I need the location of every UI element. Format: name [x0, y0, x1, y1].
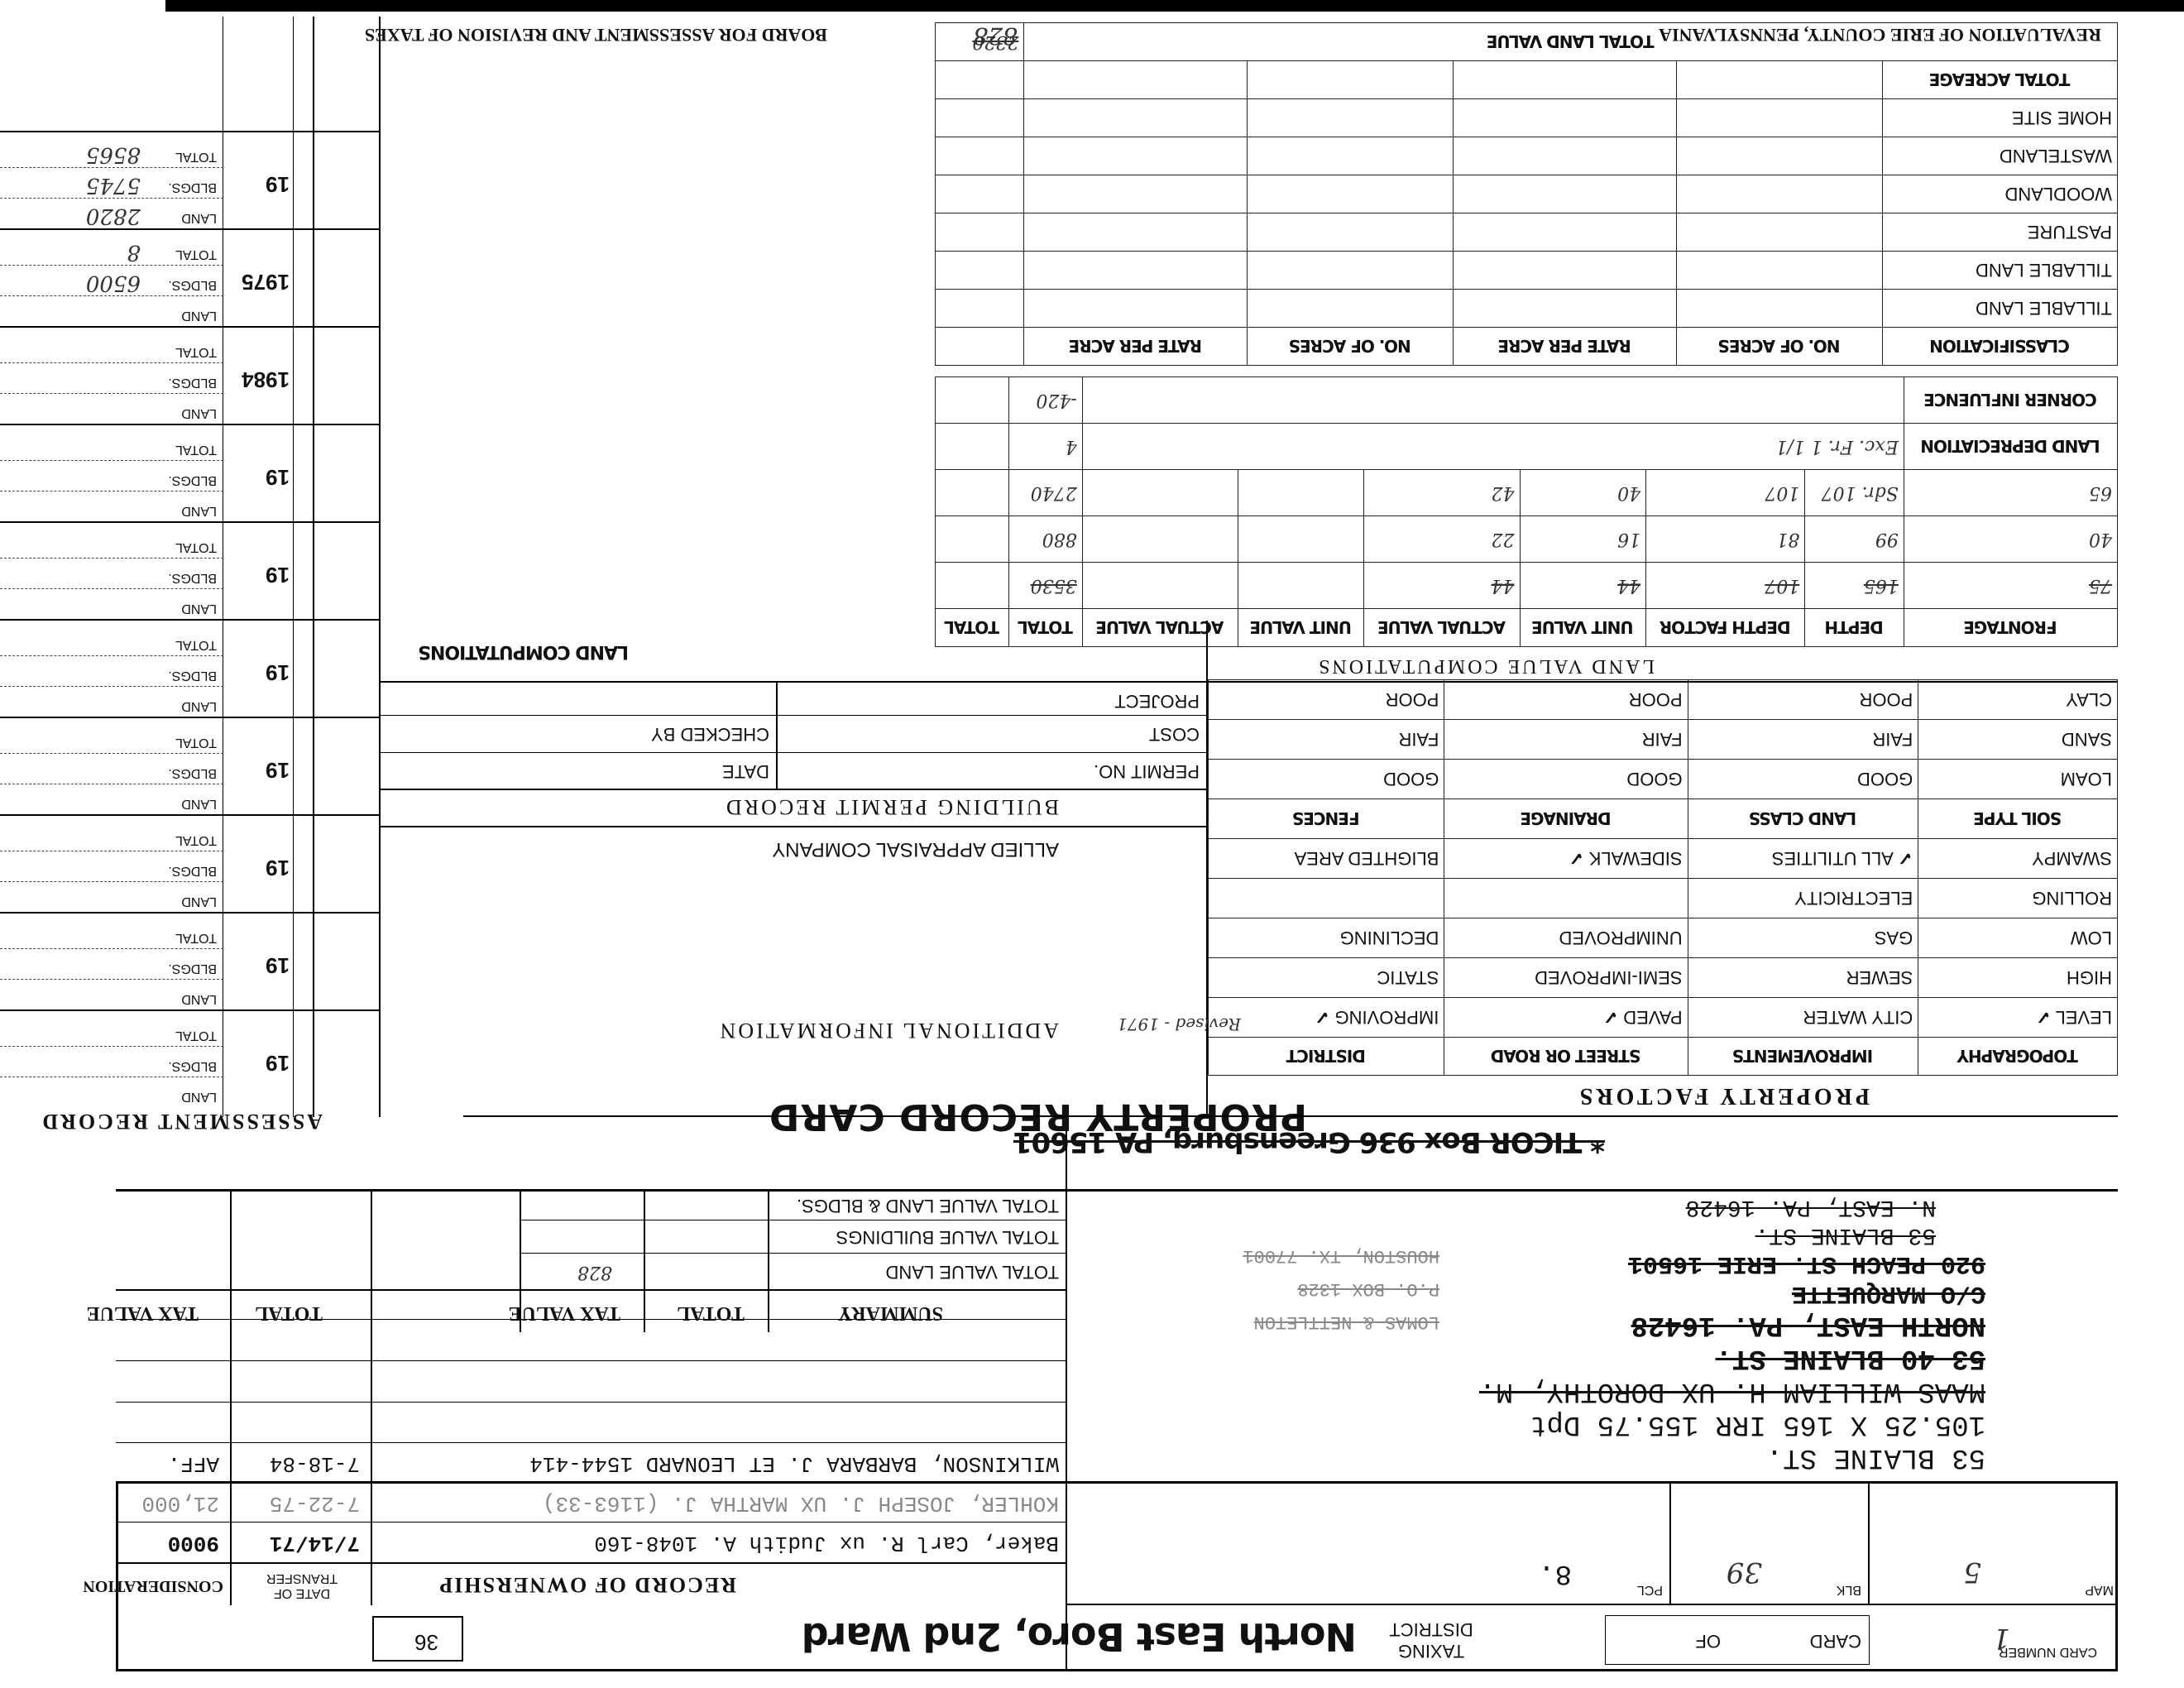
depreciation-total: 4: [1008, 424, 1082, 470]
acreage-row-label: TILLABLE LAND: [1882, 252, 2117, 290]
land-row: 75 165 107 44 44 3530: [936, 563, 2118, 609]
col-topography: TOPOGRAPHY: [1918, 1038, 2118, 1076]
rating-cell[interactable]: GOOD: [1688, 760, 1918, 799]
soil-cell[interactable]: LOAM: [1918, 760, 2118, 799]
assessment-bldgs-label: BLDGS.: [168, 570, 217, 585]
assessment-bldgs-label: BLDGS.: [168, 1058, 217, 1073]
assessment-record-title: ASSESSMENT RECORD: [40, 1109, 323, 1134]
assessment-land-label: LAND: [181, 1089, 217, 1104]
property-dimensions: 105.25 X 165 IRR 155.75 Dpt: [1530, 1408, 1985, 1440]
rating-cell[interactable]: FAIR: [1688, 720, 1918, 760]
acreage-row-label: WASTELAND: [1882, 137, 2117, 175]
factor-cell[interactable]: UNIMPROVED: [1444, 918, 1688, 958]
assessment-year: 19: [266, 464, 290, 490]
mail-line: 53 BLAINE ST.: [1755, 1222, 1936, 1248]
cost-label: COST: [1149, 723, 1200, 745]
assessment-total-label: TOTAL: [175, 539, 217, 554]
depth: 165: [1805, 563, 1904, 609]
of-label: OF: [1695, 1630, 1721, 1652]
factor-cell[interactable]: SEWER: [1688, 958, 1918, 998]
date-transfer-header: DATE OF TRANSFER: [240, 1571, 364, 1600]
land-depreciation-label: LAND DEPRECIATION: [1904, 424, 2117, 470]
summary-total-header: TOTAL: [677, 1302, 745, 1324]
mail-line: 53 40 BLAINE ST.: [1716, 1342, 1985, 1374]
consideration-value: AFF.: [168, 1451, 219, 1476]
assessment-bldgs-label: BLDGS.: [168, 472, 217, 487]
assessment-year: 1975: [242, 269, 290, 295]
assessment-total-label: TOTAL: [175, 1028, 217, 1043]
factor-cell[interactable]: SEMI-IMPROVED: [1444, 958, 1688, 998]
land-computations-title: LAND COMPUTATIONS: [419, 641, 629, 662]
factor-cell[interactable]: [1209, 879, 1444, 918]
acreage-table: CLASSIFICATION NO. OF ACRES RATE PER ACR…: [935, 22, 2118, 366]
mail-line: NORTH EAST, PA. 16428: [1631, 1309, 1985, 1340]
col-classification: CLASSIFICATION: [1882, 328, 2117, 366]
col-fences: FENCES: [1209, 799, 1444, 839]
additional-info-title: ADDITIONAL INFORMATION: [718, 1018, 1059, 1043]
factor-cell[interactable]: STATIC: [1209, 958, 1444, 998]
summary-row-label: TOTAL VALUE LAND & BLDGS.: [797, 1195, 1059, 1216]
unit-value: 16: [1520, 516, 1646, 563]
summary-right-tax: TAX VALUE: [87, 1302, 199, 1324]
assessment-total-label: TOTAL: [175, 930, 217, 945]
property-factors-title: PROPERTY FACTORS: [1577, 1082, 1870, 1109]
actual-value: 42: [1364, 470, 1520, 516]
factor-cell[interactable]: CITY WATER: [1688, 998, 1918, 1038]
land-value-table: FRONTAGE DEPTH DEPTH FACTOR UNIT VALUE A…: [935, 376, 2118, 647]
factor-cell[interactable]: BLIGHTED AREA: [1209, 839, 1444, 879]
summary-title: SUMMARY: [838, 1302, 943, 1324]
actual-value: 22: [1364, 516, 1520, 563]
corner-influence-value: -420: [1008, 377, 1082, 424]
land-row: 65 Sdr. 107 107 40 42 2740: [936, 470, 2118, 516]
allied-company: ALLIED APPRAISAL COMPANY: [772, 837, 1059, 861]
summary-right-total: TOTAL: [255, 1302, 323, 1324]
rating-cell[interactable]: POOR: [1444, 680, 1688, 720]
transfer-date: 7/14/71: [270, 1531, 360, 1556]
rating-cell[interactable]: GOOD: [1209, 760, 1444, 799]
alt-mail-line: HOUSTON, TX. 77001: [1243, 1245, 1439, 1266]
summary-tax-header: TAX VALUE: [509, 1302, 620, 1324]
total: 2740: [1008, 470, 1082, 516]
col-unit-value-2: UNIT VALUE: [1238, 609, 1364, 647]
permit-date-label: DATE: [722, 760, 769, 782]
assessment-bldgs-label: BLDGS.: [168, 375, 217, 390]
assessment-land-label: LAND: [181, 796, 217, 811]
assessment-land-label: LAND: [181, 503, 217, 518]
col-frontage: FRONTAGE: [1904, 609, 2117, 647]
assessment-land-label: LAND: [181, 698, 217, 713]
mail-line: N. EAST, PA. 16428: [1686, 1194, 1936, 1220]
assessment-land-label: LAND: [181, 308, 217, 323]
card-number-label: CARD NUMBER: [1999, 1644, 2097, 1659]
depth-factor: 107: [1646, 470, 1805, 516]
col-no-acres-2: NO. OF ACRES: [1248, 328, 1454, 366]
mail-line: 920 PEACH ST. ERIE 16501: [1628, 1249, 1985, 1278]
factor-cell[interactable]: [1444, 879, 1688, 918]
factor-cell[interactable]: SWAMPY: [1918, 839, 2118, 879]
transfer-date: 7-18-84: [270, 1451, 360, 1476]
additional-info-note: Revised - 1971: [1117, 1014, 1241, 1034]
factor-cell[interactable]: ROLLING: [1918, 879, 2118, 918]
board-footer: BOARD FOR ASSESSMENT AND REVISION OF TAX…: [365, 24, 827, 46]
unit-value: 40: [1520, 470, 1646, 516]
pcl-value: 8.: [1538, 1557, 1572, 1589]
card-label: CARD: [1810, 1630, 1861, 1652]
col-depth: DEPTH: [1805, 609, 1904, 647]
assessment-total-label: TOTAL: [175, 149, 217, 164]
card-number-value: 1: [1992, 1622, 2010, 1655]
assessment-bldgs-label: BLDGS.: [168, 180, 217, 194]
assessment-total-label: TOTAL: [175, 442, 217, 457]
assessment-total-value: 8: [127, 240, 141, 265]
summary-tax-value: 828: [577, 1262, 612, 1283]
assessment-total-value: 8565: [86, 142, 141, 167]
col-rate-acre: RATE PER ACRE: [1454, 328, 1677, 366]
assessment-bldgs-label: BLDGS.: [168, 277, 217, 292]
total-acreage-label: TOTAL ACREAGE: [1882, 61, 2117, 99]
total: 3530: [1008, 563, 1082, 609]
assessment-bldgs-label: BLDGS.: [168, 668, 217, 683]
pcl-label: PCL: [1637, 1582, 1663, 1597]
transfer-date: 7-22-75: [270, 1491, 360, 1516]
acreage-row-label: HOME SITE: [1882, 99, 2117, 137]
alt-mail-line: P.O. BOX 1328: [1297, 1278, 1439, 1299]
assessment-year: 19: [266, 757, 290, 783]
col-street: STREET OR ROAD: [1444, 1038, 1688, 1076]
corner-influence-label: CORNER INFLUENCE: [1904, 377, 2117, 424]
assessment-year: 1984: [242, 367, 290, 392]
factor-cell[interactable]: ELECTRICITY: [1688, 879, 1918, 918]
factor-cell[interactable]: ✓ ALL UTILITIES: [1688, 839, 1918, 879]
county-footer: REVALUATION OF ERIE COUNTY, PENNSYLVANIA: [1659, 24, 2101, 46]
frontage: 65: [1904, 470, 2117, 516]
assessment-year: 19: [266, 659, 290, 685]
assessment-year: 19: [266, 171, 290, 197]
depth-factor: 107: [1646, 563, 1805, 609]
consideration-header: CONSIDERATION: [83, 1576, 223, 1595]
col-district: DISTRICT: [1209, 1038, 1444, 1076]
soil-cell[interactable]: CLAY: [1918, 680, 2118, 720]
owner-struck: MAAS WILLIAM H. UX DOROTHY, M.: [1479, 1375, 1985, 1407]
col-depth-factor: DEPTH FACTOR: [1646, 609, 1805, 647]
assessment-total-label: TOTAL: [175, 637, 217, 652]
assessment-land-label: LAND: [181, 405, 217, 420]
rating-cell[interactable]: FAIR: [1444, 720, 1688, 760]
mail-line: C/O MARQUETTE: [1792, 1279, 1985, 1307]
depth: 99: [1805, 516, 1904, 563]
taxing-district-label: TAXING DISTRICT: [1382, 1618, 1481, 1662]
property-address: 53 BLAINE ST.: [1766, 1441, 1985, 1473]
col-total: TOTAL: [1008, 609, 1082, 647]
summary-row-label: TOTAL VALUE LAND: [886, 1261, 1059, 1283]
acreage-row-label: WOODLAND: [1882, 175, 2117, 213]
assessment-total-label: TOTAL: [175, 832, 217, 847]
assessment-bldgs-label: BLDGS.: [168, 863, 217, 878]
land-depreciation-note: Exc. Fr. 1 1/1: [1082, 424, 1904, 470]
map-label: MAP: [2085, 1582, 2114, 1597]
assessment-bldgs-label: BLDGS.: [168, 961, 217, 976]
checked-by-label: CHECKED BY: [651, 723, 769, 745]
factor-cell[interactable]: PAVED ✓: [1444, 998, 1688, 1038]
assessment-year: 19: [266, 562, 290, 587]
col-drainage: DRAINAGE: [1444, 799, 1688, 839]
col-actual-value: ACTUAL VALUE: [1364, 609, 1520, 647]
assessment-year: 19: [266, 855, 290, 880]
factor-cell[interactable]: LOW: [1918, 918, 2118, 958]
alt-mail-line: LOMAS & NETTLETON: [1254, 1312, 1439, 1332]
summary-row-label: TOTAL VALUE BUILDINGS: [836, 1226, 1059, 1248]
assessment-bldgs-value: 5745: [86, 173, 141, 198]
ownership-title: RECORD OF OWNERSHIP: [438, 1572, 736, 1597]
assessment-land-value: 2820: [86, 204, 141, 228]
assessment-year: 19: [266, 952, 290, 978]
factor-cell[interactable]: HIGH: [1918, 958, 2118, 998]
map-value: 5: [1963, 1556, 1981, 1589]
rating-cell[interactable]: FAIR: [1209, 720, 1444, 760]
assessment-total-label: TOTAL: [175, 735, 217, 750]
project-label: PROJECT: [1114, 690, 1200, 712]
assessment-total-label: TOTAL: [175, 344, 217, 359]
blk-label: BLK: [1837, 1582, 1861, 1597]
owner-name: Baker, Carl R. ux Judith A. 1048-160: [594, 1531, 1059, 1556]
col-rate-acre-2: RATE PER ACRE: [1024, 328, 1248, 366]
rating-cell[interactable]: POOR: [1688, 680, 1918, 720]
depth: Sdr. 107: [1805, 470, 1904, 516]
col-total-2: TOTAL: [936, 609, 1009, 647]
factor-cell[interactable]: SIDEWALK ✓: [1444, 839, 1688, 879]
unit-value: 44: [1520, 563, 1646, 609]
land-row: 40 99 81 16 22 880: [936, 516, 2118, 563]
frontage: 40: [1904, 516, 2117, 563]
assessment-total-label: TOTAL: [175, 247, 217, 261]
permit-no-label: PERMIT NO.: [1094, 760, 1200, 782]
depth-factor: 81: [1646, 516, 1805, 563]
property-record-card: CARD NUMBER 1 CARD OF TAXING DISTRICT No…: [0, 0, 2184, 1688]
assessment-land-label: LAND: [181, 894, 217, 909]
property-factors-table: TOPOGRAPHY IMPROVEMENTS STREET OR ROAD D…: [1208, 679, 2118, 1076]
col-land-class: LAND CLASS: [1688, 799, 1918, 839]
col-improvements: IMPROVEMENTS: [1688, 1038, 1918, 1076]
assessment-land-label: LAND: [181, 991, 217, 1006]
taxing-district: North East Boro, 2nd Ward: [802, 1614, 1357, 1659]
consideration-value: 9000: [168, 1531, 219, 1556]
total: 880: [1008, 516, 1082, 563]
col-actual-value-2: ACTUAL VALUE: [1082, 609, 1238, 647]
land-value-title: LAND VALUE COMPUTATIONS: [1316, 655, 1655, 677]
soil-cell[interactable]: SAND: [1918, 720, 2118, 760]
assessment-bldgs-label: BLDGS.: [168, 765, 217, 780]
owner-name: WILKINSON, BARBARA J. ET LEONARD 1544-41…: [529, 1451, 1059, 1476]
actual-value: 44: [1364, 563, 1520, 609]
assessment-land-label: LAND: [181, 601, 217, 616]
building-permit-title: BUILDING PERMIT RECORD: [724, 794, 1059, 819]
factor-cell[interactable]: GAS: [1688, 918, 1918, 958]
frontage: 75: [1904, 563, 2117, 609]
factor-cell[interactable]: LEVEL ✓: [1918, 998, 2118, 1038]
blk-value: 39: [1727, 1556, 1762, 1589]
owner-name: KOHLER, JOSEPH J. UX MARTHA J. (1163-33): [543, 1491, 1059, 1516]
rating-cell[interactable]: GOOD: [1444, 760, 1688, 799]
factor-cell[interactable]: IMPROVING ✓: [1209, 998, 1444, 1038]
col-no-acres: NO. OF ACRES: [1676, 328, 1882, 366]
acreage-row-label: PASTURE: [1882, 213, 2117, 252]
col-unit-value: UNIT VALUE: [1520, 609, 1646, 647]
scan-edge: [165, 0, 2184, 12]
assessment-bldgs-value: 6500: [86, 271, 141, 295]
assessment-year: 19: [266, 1050, 290, 1076]
box-number-text: 36: [414, 1629, 438, 1655]
col-soil-type: SOIL TYPE: [1918, 799, 2118, 839]
acreage-row-label: TILLABLE LAND: [1882, 290, 2117, 328]
rating-cell[interactable]: POOR: [1209, 680, 1444, 720]
scribble: 828: [974, 22, 1018, 50]
consideration-value: 21,000: [141, 1491, 219, 1516]
factor-cell[interactable]: DECLINING: [1209, 918, 1444, 958]
assessment-land-label: LAND: [181, 210, 217, 225]
